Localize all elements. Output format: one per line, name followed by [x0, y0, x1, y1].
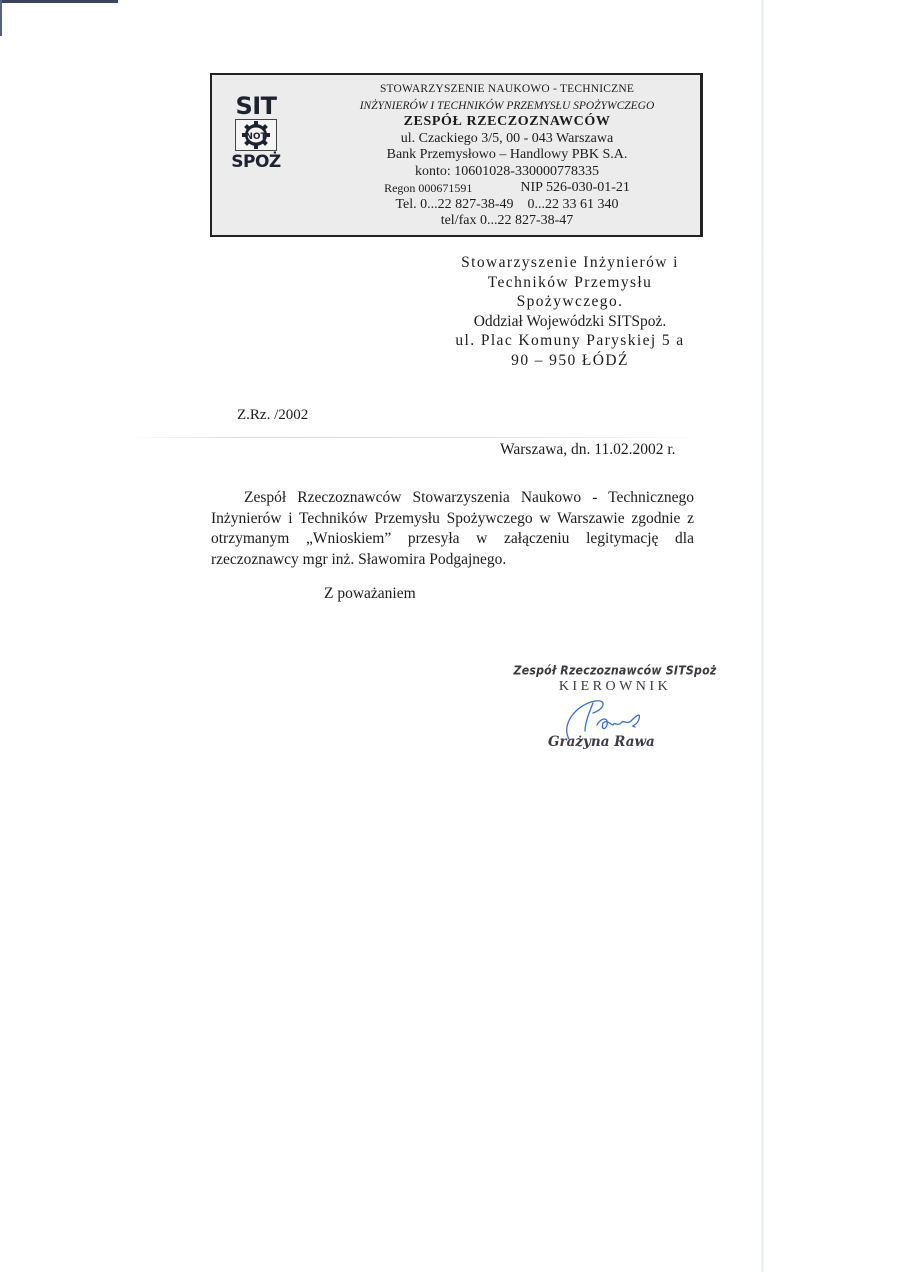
official-stamp: Zespół Rzeczoznawców SITSpoż KIEROWNIK	[510, 664, 720, 695]
scan-crease	[761, 0, 764, 1272]
association-name: STOWARZYSZENIE NAUKOWO - TECHNICZNE	[322, 81, 692, 98]
letterhead-bank: Bank Przemysłowo – Handlowy PBK S.A.	[322, 147, 692, 164]
letterhead-account: konto: 10601028-330000778335	[322, 164, 692, 181]
recipient-line: Stowarzyszenie Inżynierów i	[425, 253, 715, 273]
letterhead-ids: Regon 000671591 NIP 526-030-01-21	[322, 180, 692, 197]
letter-body: Zespół Rzeczoznawców Stowarzyszenia Nauk…	[211, 488, 694, 570]
recipient-line: Spożywczego.	[425, 292, 715, 312]
stamp-title: KIEROWNIK	[510, 679, 720, 695]
reference-number: Z.Rz. /2002	[237, 407, 308, 424]
letterhead-text: STOWARZYSZENIE NAUKOWO - TECHNICZNE INŻY…	[322, 81, 692, 230]
nip-number: NIP 526-030-01-21	[520, 180, 630, 197]
recipient-line: Oddział Wojewódzki SITSpoż.	[425, 312, 715, 332]
letterhead-address: ul. Czackiego 3/5, 00 - 043 Warszawa	[322, 131, 692, 148]
phone-2: 0...22 33 61 340	[528, 197, 619, 214]
association-subtitle: INŻYNIERÓW I TECHNIKÓW PRZEMYSŁU SPOŻYWC…	[322, 98, 692, 115]
letterhead-phones: Tel. 0...22 827-38-49 0...22 33 61 340	[322, 197, 692, 214]
body-paragraph: Zespół Rzeczoznawców Stowarzyszenia Nauk…	[211, 488, 694, 570]
logo-bottom-text: SPOŻ	[231, 153, 280, 171]
regon-number: Regon 000671591	[384, 180, 472, 197]
recipient-line: Techników Przemysłu	[425, 273, 715, 293]
closing-salutation: Z poważaniem	[324, 585, 416, 603]
letterhead: SIT NOT SPOŻ STOWARZYSZENIE	[210, 73, 703, 237]
letter-date: Warszawa, dn. 11.02.2002 r.	[500, 441, 676, 459]
letterhead-fax: tel/fax 0...22 827-38-47	[322, 213, 692, 230]
scan-edge	[0, 0, 2, 36]
paper-fold-line	[130, 437, 710, 438]
signatory-name: Grażyna Rawa	[548, 734, 655, 750]
scan-edge	[0, 0, 118, 3]
sit-not-spoz-logo: SIT NOT SPOŻ	[231, 95, 281, 171]
department-name: ZESPÓŁ RZECZOZNAWCÓW	[322, 114, 692, 131]
recipient-line: 90 – 950 ŁÓDŹ	[425, 351, 715, 371]
recipient-line: ul. Plac Komuny Paryskiej 5 a	[425, 331, 715, 351]
gear-icon: NOT	[235, 119, 277, 151]
logo-center-text: NOT	[245, 132, 267, 142]
logo-top-text: SIT	[235, 95, 276, 117]
phone-1: Tel. 0...22 827-38-49	[395, 197, 513, 214]
recipient-address: Stowarzyszenie Inżynierów i Techników Pr…	[425, 253, 715, 370]
stamp-organization: Zespół Rzeczoznawców SITSpoż	[510, 663, 720, 678]
